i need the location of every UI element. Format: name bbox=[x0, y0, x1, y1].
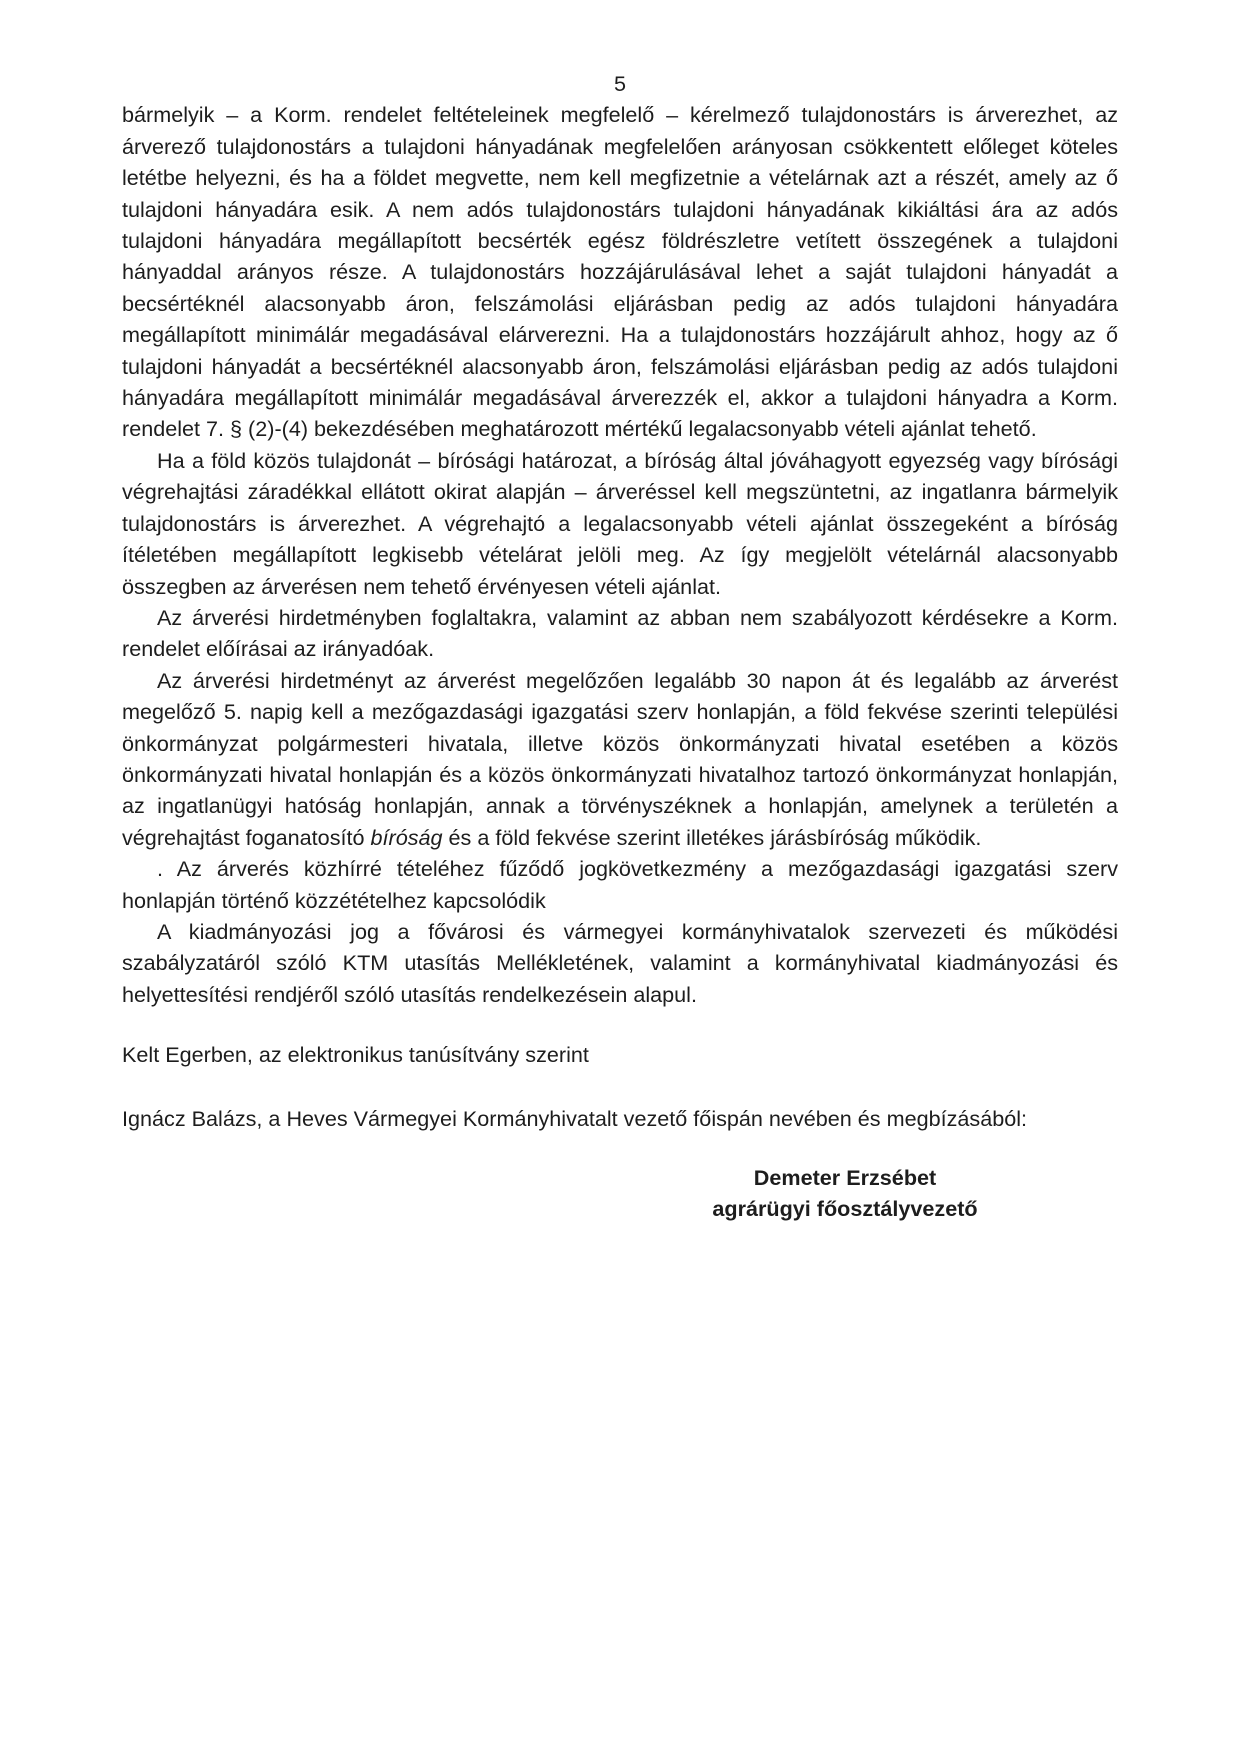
page-number: 5 bbox=[122, 68, 1118, 99]
body-paragraph-1: bármelyik – a Korm. rendelet feltételein… bbox=[122, 99, 1118, 444]
paragraph-4-text-after: és a föld fekvése szerint illetékes járá… bbox=[443, 825, 982, 850]
signer-name: Demeter Erzsébet bbox=[617, 1162, 1073, 1193]
authority-line: Ignácz Balázs, a Heves Vármegyei Kormány… bbox=[122, 1103, 1118, 1134]
body-paragraph-3: Az árverési hirdetményben foglaltakra, v… bbox=[122, 602, 1118, 665]
paragraph-4-text-before: Az árverési hirdetményt az árverést mege… bbox=[122, 668, 1118, 850]
body-paragraph-6: A kiadmányozási jog a fővárosi és vármeg… bbox=[122, 916, 1118, 1010]
body-paragraph-2: Ha a föld közös tulajdonát – bírósági ha… bbox=[122, 445, 1118, 602]
document-page: 5 bármelyik – a Korm. rendelet feltétele… bbox=[0, 0, 1240, 1753]
dateline: Kelt Egerben, az elektronikus tanúsítván… bbox=[122, 1039, 1118, 1070]
signature-block: Demeter Erzsébet agrárügyi főosztályveze… bbox=[617, 1162, 1073, 1225]
body-paragraph-4: Az árverési hirdetményt az árverést mege… bbox=[122, 665, 1118, 853]
signer-title: agrárügyi főosztályvezető bbox=[617, 1193, 1073, 1224]
emphasized-term: bíróság bbox=[371, 825, 443, 850]
body-paragraph-5: . Az árverés közhírré tételéhez fűződő j… bbox=[122, 853, 1118, 916]
document-body: 5 bármelyik – a Korm. rendelet feltétele… bbox=[122, 68, 1118, 1010]
